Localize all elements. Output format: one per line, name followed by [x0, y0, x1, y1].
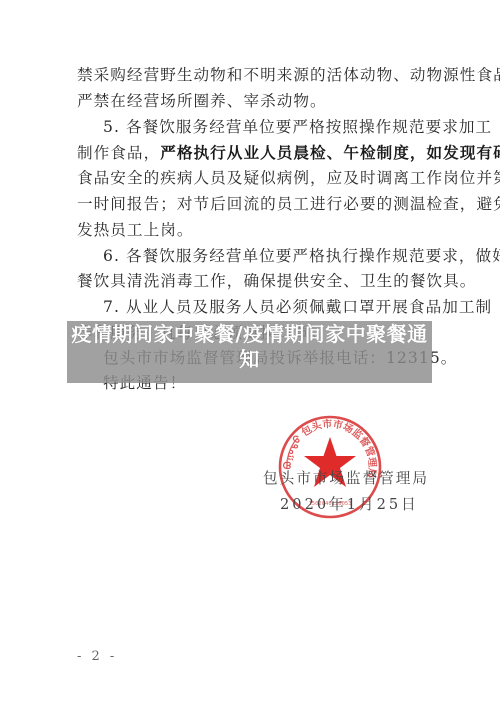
page-number: - 2 - — [77, 649, 117, 664]
doc-item-7: 7. 从业人员及服务人员必须佩戴口罩开展食品加工制 — [103, 297, 492, 317]
doc-line-1: 禁采购经营野生动物和不明来源的活体动物、动物源性食品， — [77, 65, 500, 85]
doc-line-9: 餐饮具清洗消毒工作，确保提供安全、卫生的餐饮具。 — [77, 271, 476, 291]
doc-line-4-prefix: 制作食品， — [77, 144, 160, 162]
doc-line-7: 发热员工上岗。 — [77, 220, 194, 240]
doc-item-6: 6. 各餐饮服务经营单位要严格执行操作规范要求，做好 — [103, 246, 500, 266]
doc-item-5: 5. 各餐饮服务经营单位要严格按照操作规范要求加工 — [103, 117, 492, 137]
doc-line-6: 一时间报告；对节后回流的员工进行必要的测温检查，避免 — [77, 194, 500, 214]
overlay-title: 疫情期间家中聚餐/疫情期间家中聚餐通知 — [67, 322, 432, 372]
issuer-signature: 包头市市场监督管理局 — [263, 470, 429, 488]
issue-date: 2020年1月25日 — [280, 496, 419, 514]
doc-line-5: 食品安全的疾病人员及疑似病例，应及时调离工作岗位并第 — [77, 168, 500, 188]
doc-line-2: 严禁在经营场所圈养、宰杀动物。 — [77, 91, 327, 111]
doc-line-4: 制作食品，严格执行从业人员晨检、午检制度，如发现有碍 — [77, 143, 500, 163]
doc-line-4-bold: 严格执行从业人员晨检、午检制度，如发现有碍 — [160, 143, 500, 162]
